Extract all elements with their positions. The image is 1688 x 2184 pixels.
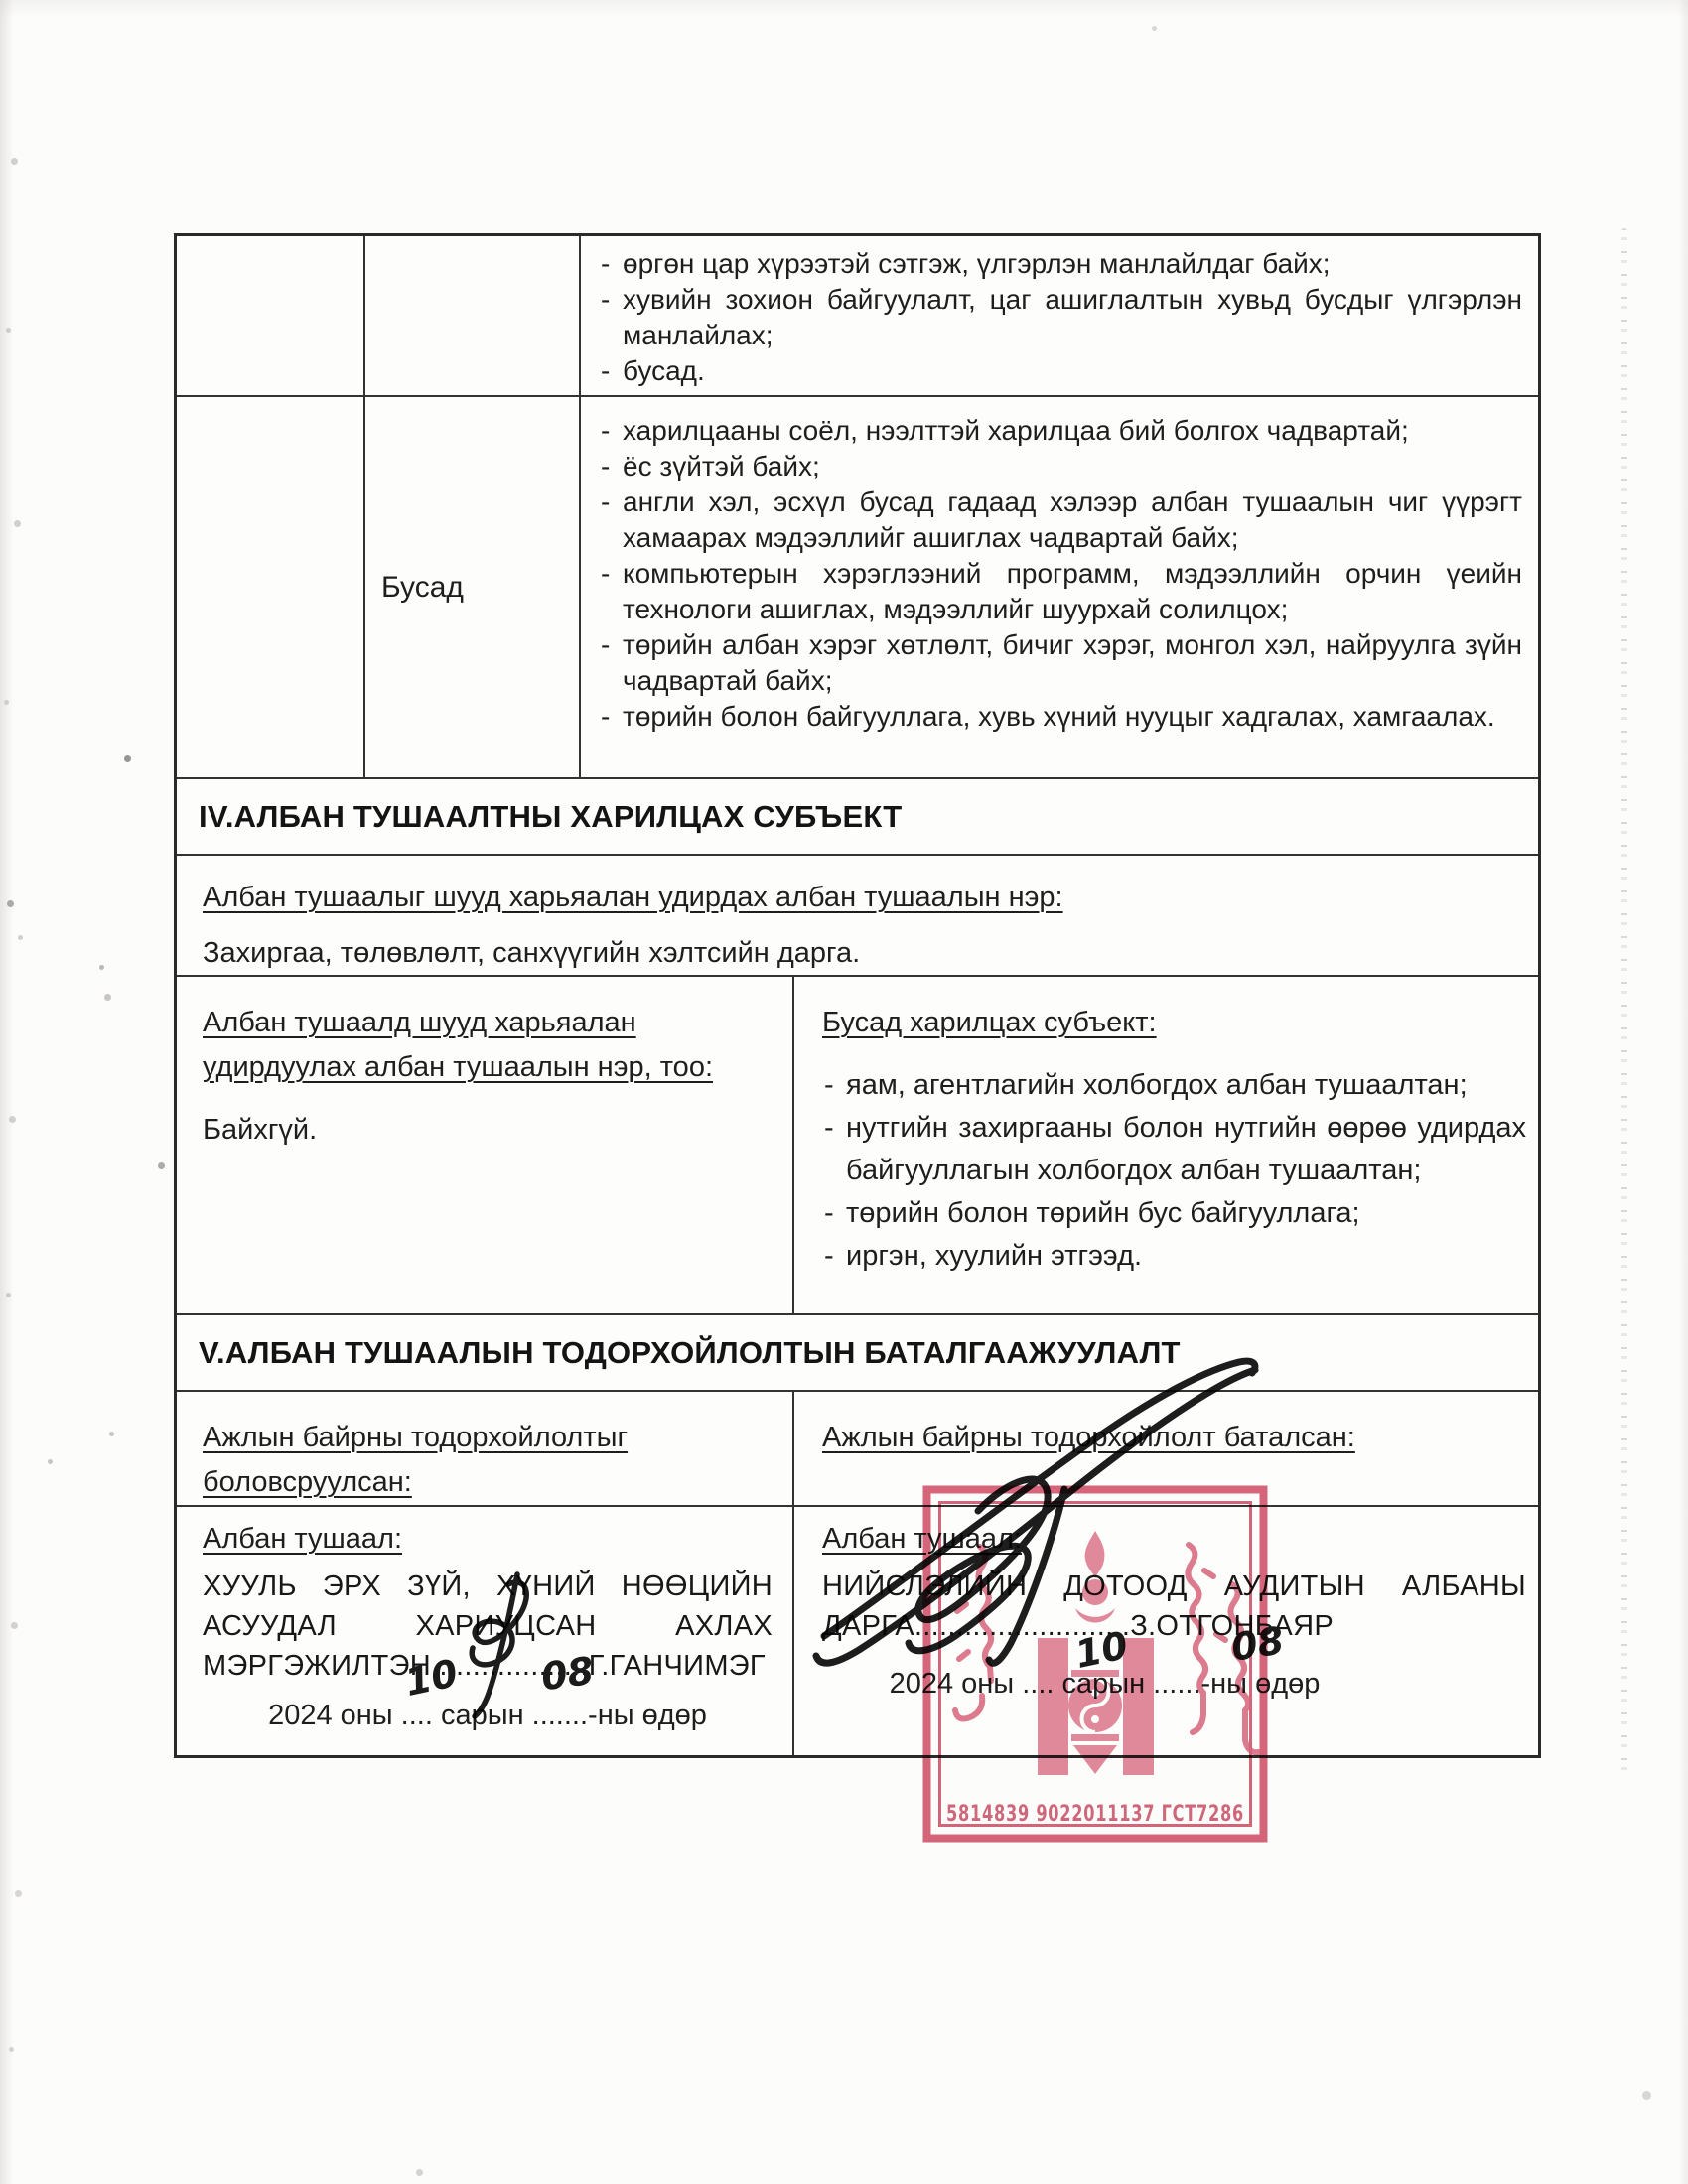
developer-position-text: ХУУЛЬ ЭРХ ЗҮЙ, ХҮНИЙ НӨӨЦИЙНАСУУДАЛ ХАРИ…: [203, 1567, 773, 1686]
section5-header: V.АЛБАН ТУШААЛЫН ТОДОРХОЙЛОЛТЫН БАТАЛГАА…: [177, 1313, 1538, 1390]
text-line: ХУУЛЬ ЭРХ ЗҮЙ, ХҮНИЙ НӨӨЦИЙН: [203, 1567, 773, 1606]
competency-bullet-list: өргөн цар хүрээтэй сэтгэж, үлгэрлэн манл…: [581, 236, 1538, 395]
position-label: Албан тушаал:: [822, 1517, 1526, 1561]
list-item: бусад.: [597, 353, 1522, 389]
section5-title: V.АЛБАН ТУШААЛЫН ТОДОРХОЙЛОЛТЫН БАТАЛГАА…: [199, 1335, 1181, 1371]
list-item: ёс зүйтэй байх;: [597, 449, 1522, 484]
date-line: 2024 оны .... сарын .......-ны өдөр 10 0…: [203, 1694, 773, 1737]
handwritten-day: 08: [538, 1649, 596, 1700]
section4-title: IV.АЛБАН ТУШААЛТНЫ ХАРИЛЦАХ СУБЪЕКТ: [199, 799, 902, 835]
direct-manager-label: Албан тушаалыг шууд харьяалан удирдах ал…: [203, 876, 1514, 919]
signature-row: Албан тушаал: ХУУЛЬ ЭРХ ЗҮЙ, ХҮНИЙ НӨӨЦИ…: [177, 1505, 1538, 1755]
subordinates-cell: Албан тушаалд шууд харьяаланудирдуулах а…: [177, 977, 794, 1313]
text-line: Ажлын байрны тодорхойлолтыг: [203, 1416, 773, 1460]
text-line: Албан тушаалд шууд харьяалан: [203, 1001, 773, 1045]
scan-edge-artifact: [1621, 228, 1627, 1777]
approved-signature-cell: Албан тушаал: НИЙСЛЭЛИЙН ДОТООД АУДИТЫН …: [794, 1507, 1538, 1755]
other-subjects-list: яам, агентлагийн холбогдох албан тушаалт…: [822, 1064, 1526, 1278]
stamp-registration-numbers: 5814839 9022011137 ГСТ7286: [946, 1802, 1244, 1827]
text-line: удирдуулах албан тушаалын нэр, тоо:: [203, 1045, 773, 1090]
row-label: Бусад: [381, 571, 464, 605]
direct-manager-value: Захиргаа, төлөвлөлт, санхүүгийн хэлтсийн…: [203, 931, 1514, 975]
date-text: 2024 оны .... сарын ......-ны өдөр: [890, 1668, 1321, 1700]
section4-header: IV.АЛБАН ТУШААЛТНЫ ХАРИЛЦАХ СУБЪЕКТ: [177, 777, 1538, 854]
developed-by-cell: Ажлын байрны тодорхойлолтыгболовсруулсан…: [177, 1392, 794, 1505]
list-item: иргэн, хуулийн этгээд.: [822, 1235, 1526, 1278]
text-line: ДАРГА..........................З.ОТГОНБА…: [822, 1606, 1526, 1646]
handwritten-month: 10: [401, 1651, 462, 1705]
row-label-cell: Бусад: [365, 397, 581, 777]
position-label: Албан тушаал:: [203, 1517, 773, 1561]
handwritten-day: 08: [1228, 1618, 1287, 1670]
approved-by-label: Ажлын байрны тодорхойлолт баталсан:: [822, 1416, 1526, 1459]
developed-signature-cell: Албан тушаал: ХУУЛЬ ЭРХ ЗҮЙ, ХҮНИЙ НӨӨЦИ…: [177, 1507, 794, 1755]
table-row-competency-other: Бусад харилцааны соёл, нээлттэй харилцаа…: [177, 395, 1538, 777]
job-description-table: өргөн цар хүрээтэй сэтгэж, үлгэрлэн манл…: [174, 233, 1541, 1758]
text-line: МЭРГЭЖИЛТЭН...................Г.ГАНЧИМЭГ: [203, 1646, 773, 1686]
empty-cell: [365, 236, 581, 395]
list-item: компьютерын хэрэглээний программ, мэдээл…: [597, 556, 1522, 627]
text-line: НИЙСЛЭЛИЙН ДОТООД АУДИТЫН АЛБАНЫ: [822, 1567, 1526, 1606]
other-subjects-cell: Бусад харилцах субъект: яам, агентлагийн…: [794, 977, 1538, 1313]
list-item: яам, агентлагийн холбогдох албан тушаалт…: [822, 1064, 1526, 1107]
empty-cell: [177, 397, 365, 777]
relations-row: Албан тушаалд шууд харьяаланудирдуулах а…: [177, 975, 1538, 1313]
subordinates-label: Албан тушаалд шууд харьяаланудирдуулах а…: [203, 1001, 773, 1090]
text-line: АСУУДАЛ ХАРИУЦСАН АХЛАХ: [203, 1606, 773, 1646]
list-item: төрийн албан хэрэг хөтлөлт, бичиг хэрэг,…: [597, 627, 1522, 699]
competency-bullet-list: харилцааны соёл, нээлттэй харилцаа бий б…: [581, 397, 1538, 777]
list-item: нутгийн захиргааны болон нутгийн өөрөө у…: [822, 1107, 1526, 1192]
list-item: харилцааны соёл, нээлттэй харилцаа бий б…: [597, 413, 1522, 449]
approval-header-row: Ажлын байрны тодорхойлолтыгболовсруулсан…: [177, 1390, 1538, 1505]
developed-by-label: Ажлын байрны тодорхойлолтыгболовсруулсан…: [203, 1416, 773, 1505]
list-item: төрийн болон төрийн бус байгууллага;: [822, 1192, 1526, 1235]
table-row-competency-1: өргөн цар хүрээтэй сэтгэж, үлгэрлэн манл…: [177, 236, 1538, 395]
date-line: 2024 оны .... сарын ......-ны өдөр 10 08: [822, 1662, 1526, 1706]
other-subjects-label: Бусад харилцах субъект:: [822, 1001, 1526, 1044]
empty-cell: [177, 236, 365, 395]
direct-manager-row: Албан тушаалыг шууд харьяалан удирдах ал…: [177, 854, 1538, 975]
list-item: өргөн цар хүрээтэй сэтгэж, үлгэрлэн манл…: [597, 246, 1522, 282]
subordinates-value: Байхгүй.: [203, 1108, 773, 1152]
approved-by-cell: Ажлын байрны тодорхойлолт баталсан:: [794, 1392, 1538, 1505]
approver-position-text: НИЙСЛЭЛИЙН ДОТООД АУДИТЫН АЛБАНЫДАРГА...…: [822, 1567, 1526, 1646]
list-item: хувийн зохион байгуулалт, цаг ашиглалтын…: [597, 282, 1522, 353]
scanned-document-page: өргөн цар хүрээтэй сэтгэж, үлгэрлэн манл…: [0, 0, 1688, 2184]
list-item: англи хэл, эсхүл бусад гадаад хэлээр алб…: [597, 484, 1522, 556]
date-text: 2024 оны .... сарын .......-ны өдөр: [268, 1700, 707, 1731]
text-line: боловсруулсан:: [203, 1460, 773, 1505]
list-item: төрийн болон байгууллага, хувь хүний нуу…: [597, 699, 1522, 735]
scan-noise-specks: [0, 0, 5, 5]
